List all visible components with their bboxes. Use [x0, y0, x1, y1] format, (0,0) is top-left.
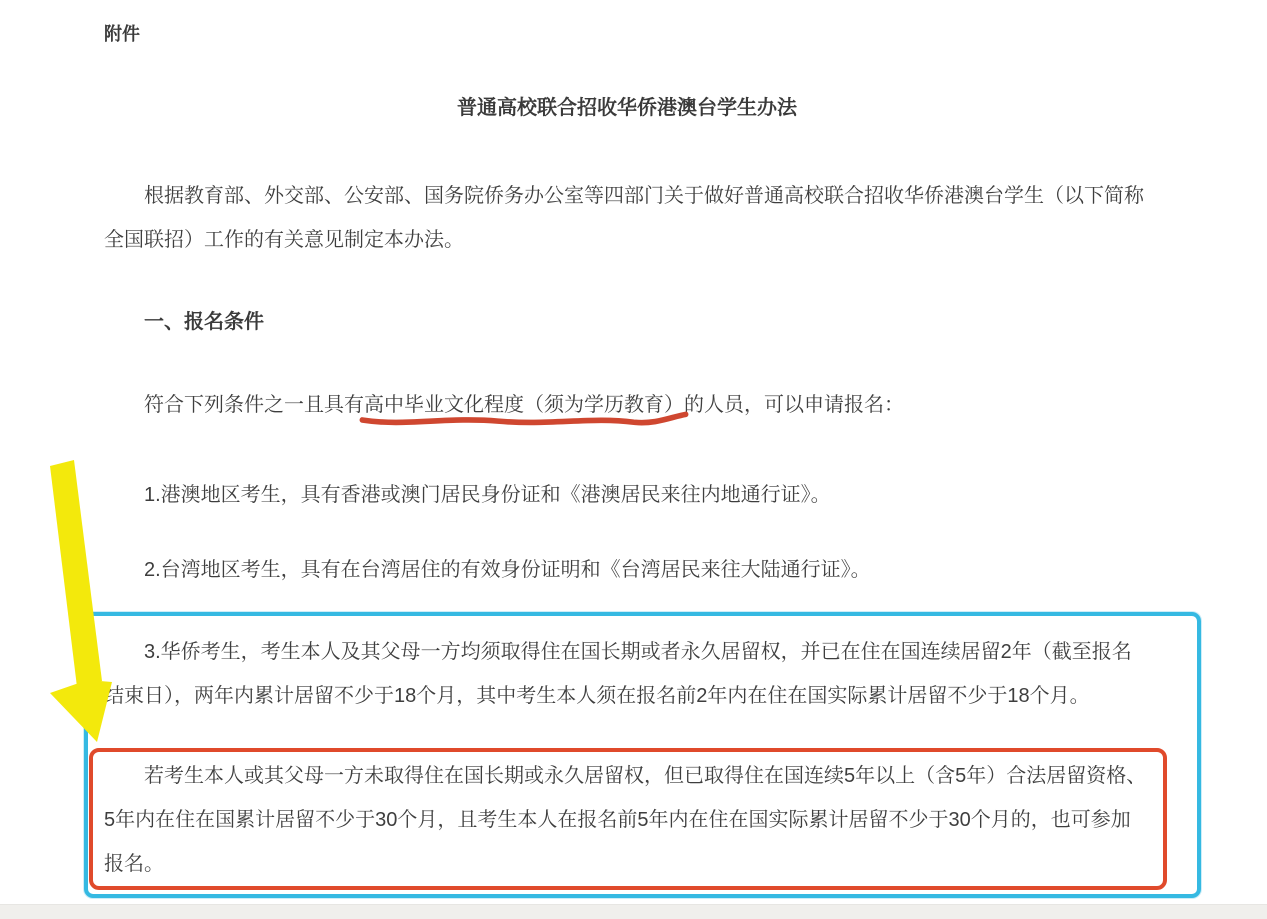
attachment-label: 附件	[104, 22, 1150, 46]
highlight-box-orange: 若考生本人或其父母一方未取得住在国长期或永久居留权，但已取得住在国连续5年以上（…	[89, 748, 1167, 890]
highlight-note-paragraph: 若考生本人或其父母一方未取得住在国长期或永久居留权，但已取得住在国连续5年以上（…	[104, 754, 1150, 886]
eligibility-lead: 符合下列条件之一且具有高中毕业文化程度（须为学历教育）的人员，可以申请报名：	[104, 383, 1150, 427]
requirement-item-hk-macao: 1.港澳地区考生，具有香港或澳门居民身份证和《港澳居民来往内地通行证》。	[104, 473, 1150, 517]
highlight-box-cyan: 3.华侨考生，考生本人及其父母一方均须取得住在国长期或者永久居留权，并已在住在国…	[84, 612, 1201, 898]
underlined-phrase-text: 高中毕业文化程度（须为学历教育）	[364, 394, 684, 416]
underlined-phrase: 高中毕业文化程度（须为学历教育）	[364, 394, 684, 416]
document-page: 附件 普通高校联合招收华侨港澳台学生办法 根据教育部、外交部、公安部、国务院侨务…	[0, 0, 1267, 898]
lead-text-before: 符合下列条件之一且具有	[144, 394, 364, 416]
requirement-item-taiwan: 2.台湾地区考生，具有在台湾居住的有效身份证明和《台湾居民来往大陆通行证》。	[104, 548, 1150, 592]
section-heading: 一、报名条件	[104, 300, 1150, 344]
intro-paragraph: 根据教育部、外交部、公安部、国务院侨务办公室等四部门关于做好普通高校联合招收华侨…	[104, 174, 1150, 262]
page-bottom-strip	[0, 904, 1267, 919]
page-title: 普通高校联合招收华侨港澳台学生办法	[104, 94, 1150, 122]
requirement-item-overseas-chinese: 3.华侨考生，考生本人及其父母一方均须取得住在国长期或者永久居留权，并已在住在国…	[104, 630, 1150, 718]
lead-text-after: 的人员，可以申请报名：	[684, 394, 904, 416]
